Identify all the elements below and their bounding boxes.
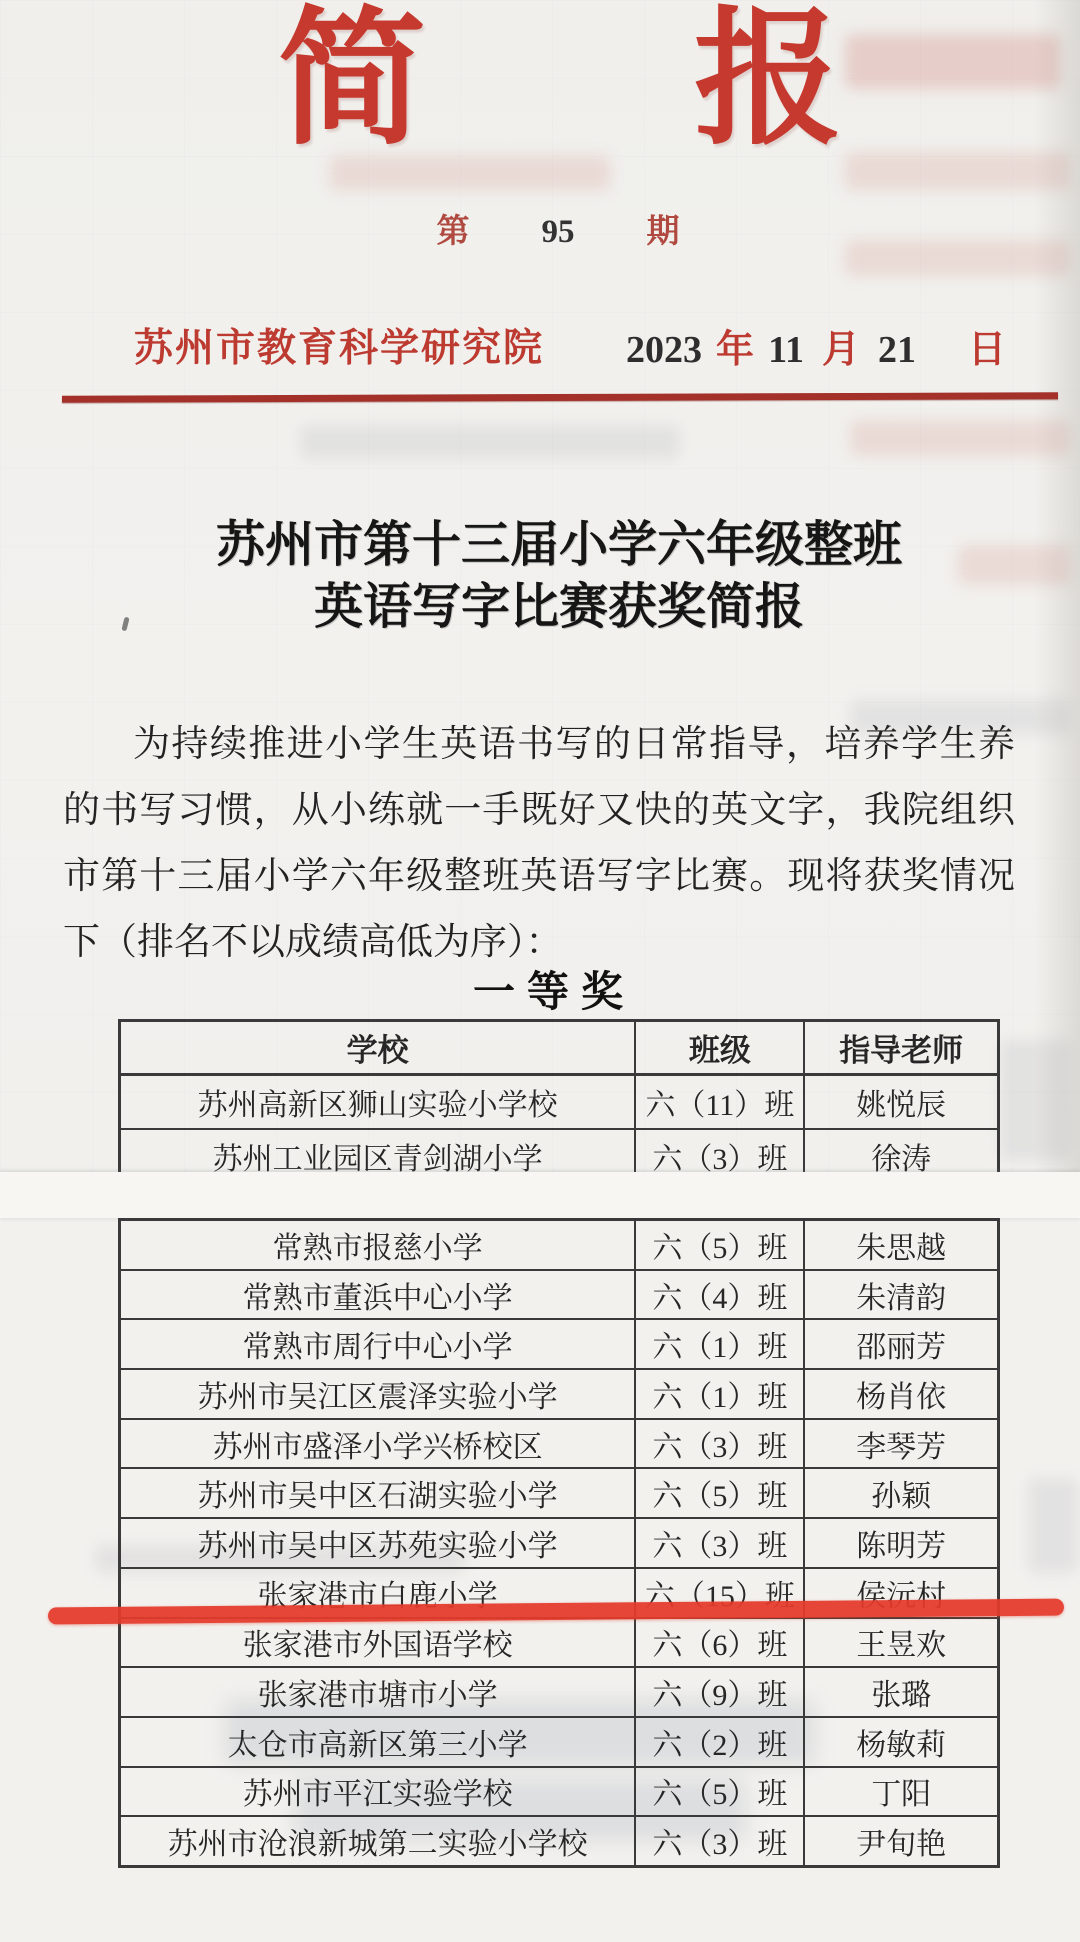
cell-school: 苏州市沧浪新城第二实验小学校 xyxy=(121,1817,634,1865)
table-row: 张家港市塘市小学 六（9）班 张璐 xyxy=(121,1666,997,1716)
cell-class: 六（3）班 xyxy=(634,1420,803,1468)
masthead-char-2: 报 xyxy=(694,0,842,160)
cell-teacher: 丁阳 xyxy=(803,1768,997,1816)
cell-school: 常熟市董浜中心小学 xyxy=(121,1271,634,1319)
date-year: 2023 xyxy=(626,328,702,372)
bulletin-scan-page: 简 报 第 95 期 苏州市教育科学研究院 2023 年 11 月 21 日 苏… xyxy=(0,0,1080,1942)
table-row: 苏州市吴江区震泽实验小学 六（1）班 杨肖依 xyxy=(121,1368,997,1418)
cell-teacher: 陈明芳 xyxy=(803,1519,997,1567)
article-title: 苏州市第十三届小学六年级整班 英语写字比赛获奖简报 xyxy=(19,514,1080,638)
cell-teacher: 张璐 xyxy=(803,1668,997,1716)
date-month-unit: 月 xyxy=(822,328,860,372)
table-row: 太仓市高新区第三小学 六（2）班 杨敏莉 xyxy=(121,1716,997,1766)
issue-suffix: 期 xyxy=(647,212,680,252)
issue-date: 2023 年 11 月 21 日 xyxy=(626,328,1006,372)
body-line: 的书写习惯，从小练就一手既好又快的英文字，我院组织了苏州 xyxy=(63,778,1015,844)
table-row: 苏州市沧浪新城第二实验小学校 六（3）班 尹旬艳 xyxy=(121,1815,997,1865)
cell-school: 苏州工业园区青剑湖小学 xyxy=(121,1130,634,1172)
cell-class: 六（3）班 xyxy=(634,1130,803,1172)
cell-class: 六（5）班 xyxy=(634,1221,803,1269)
award-table-part2: 常熟市报慈小学 六（5）班 朱思越 常熟市董浜中心小学 六（4）班 朱清韵 常熟… xyxy=(118,1218,1000,1868)
body-line: 市第十三届小学六年级整班英语写字比赛。现将获奖情况公布如 xyxy=(63,844,1015,910)
table-row: 苏州市平江实验学校 六（5）班 丁阳 xyxy=(121,1766,997,1816)
cell-school: 太仓市高新区第三小学 xyxy=(121,1718,634,1766)
body-line: 为持续推进小学生英语书写的日常指导，培养学生养成良好 xyxy=(63,712,1015,778)
table-row: 苏州市吴中区石湖实验小学 六（5）班 孙颖 xyxy=(121,1467,997,1517)
date-day: 21 xyxy=(878,328,916,372)
header-school: 学校 xyxy=(121,1022,634,1073)
date-day-unit: 日 xyxy=(968,328,1006,372)
cell-class: 六（9）班 xyxy=(634,1668,803,1716)
cell-teacher: 杨敏莉 xyxy=(803,1718,997,1766)
cell-class: 六（2）班 xyxy=(634,1718,803,1766)
award-table-part1: 学校 班级 指导老师 苏州高新区狮山实验小学校 六（11）班 姚悦辰 苏州工业园… xyxy=(118,1019,1000,1172)
table-row: 苏州市盛泽小学兴桥校区 六（3）班 李琴芳 xyxy=(121,1418,997,1468)
table-row: 苏州市吴中区苏苑实验小学 六（3）班 陈明芳 xyxy=(121,1517,997,1567)
cell-class: 六（1）班 xyxy=(634,1370,803,1418)
cell-school: 苏州市吴中区石湖实验小学 xyxy=(121,1469,634,1517)
issue-prefix: 第 xyxy=(437,212,470,252)
cell-class: 六（5）班 xyxy=(634,1469,803,1517)
cell-teacher: 朱思越 xyxy=(803,1221,997,1269)
bleed-through-ghost xyxy=(300,425,680,459)
article-body: 为持续推进小学生英语书写的日常指导，培养学生养成良好 的书写习惯，从小练就一手既… xyxy=(63,712,1015,976)
cell-school: 张家港市外国语学校 xyxy=(121,1619,634,1667)
cell-teacher: 李琴芳 xyxy=(803,1420,997,1468)
award-table-header: 学校 班级 指导老师 xyxy=(121,1022,997,1076)
article-title-line1: 苏州市第十三届小学六年级整班 xyxy=(19,514,1080,576)
body-line: 下（排名不以成绩高低为序）： xyxy=(63,910,1015,976)
cell-school: 苏州市吴江区震泽实验小学 xyxy=(121,1370,634,1418)
cell-teacher: 朱清韵 xyxy=(803,1271,997,1319)
article-title-line2: 英语写字比赛获奖简报 xyxy=(19,576,1080,638)
table-row: 苏州高新区狮山实验小学校 六（11）班 姚悦辰 xyxy=(121,1076,997,1128)
bleed-through-ghost xyxy=(1000,1040,1070,1160)
masthead-title: 简 报 xyxy=(20,0,1080,160)
cell-class: 六（5）班 xyxy=(634,1768,803,1816)
cell-school: 苏州市盛泽小学兴桥校区 xyxy=(121,1420,634,1468)
table-row: 苏州工业园区青剑湖小学 六（3）班 徐涛 xyxy=(121,1128,997,1172)
cell-class: 六（3）班 xyxy=(634,1519,803,1567)
table-row: 常熟市报慈小学 六（5）班 朱思越 xyxy=(121,1221,997,1269)
header-class: 班级 xyxy=(634,1022,803,1073)
cell-teacher: 徐涛 xyxy=(803,1130,997,1172)
cell-school: 常熟市报慈小学 xyxy=(121,1221,634,1269)
cell-class: 六（11）班 xyxy=(634,1076,803,1128)
cell-teacher: 尹旬艳 xyxy=(803,1817,997,1865)
cell-teacher: 邵丽芳 xyxy=(803,1320,997,1368)
date-month: 11 xyxy=(768,328,804,372)
cell-class: 六（6）班 xyxy=(634,1619,803,1667)
cell-school: 苏州市平江实验学校 xyxy=(121,1768,634,1816)
table-row: 张家港市外国语学校 六（6）班 王昱欢 xyxy=(121,1617,997,1667)
screenshot-stitch-seam xyxy=(0,1172,1080,1218)
cell-class: 六（3）班 xyxy=(634,1817,803,1865)
bleed-through-ghost xyxy=(850,420,1070,456)
date-year-unit: 年 xyxy=(716,328,754,372)
first-prize-heading: 一等奖 xyxy=(14,968,1080,1016)
cell-teacher: 杨肖依 xyxy=(803,1370,997,1418)
issuing-organization: 苏州市教育科学研究院 xyxy=(134,326,544,372)
table-row: 常熟市周行中心小学 六（1）班 邵丽芳 xyxy=(121,1318,997,1368)
issue-number-line: 第 95 期 xyxy=(18,212,1080,252)
cell-school: 张家港市塘市小学 xyxy=(121,1668,634,1716)
cell-teacher: 王昱欢 xyxy=(803,1619,997,1667)
bleed-through-ghost xyxy=(1028,1478,1078,1573)
header-teacher: 指导老师 xyxy=(803,1022,997,1073)
cell-class: 六（4）班 xyxy=(634,1271,803,1319)
issue-number: 95 xyxy=(542,212,575,252)
cell-school: 苏州高新区狮山实验小学校 xyxy=(121,1076,634,1128)
masthead-char-1: 简 xyxy=(278,0,426,160)
cell-school: 苏州市吴中区苏苑实验小学 xyxy=(121,1519,634,1567)
cell-teacher: 姚悦辰 xyxy=(803,1076,997,1128)
table-row: 常熟市董浜中心小学 六（4）班 朱清韵 xyxy=(121,1269,997,1319)
cell-class: 六（1）班 xyxy=(634,1320,803,1368)
cell-teacher: 孙颖 xyxy=(803,1469,997,1517)
cell-school: 常熟市周行中心小学 xyxy=(121,1320,634,1368)
